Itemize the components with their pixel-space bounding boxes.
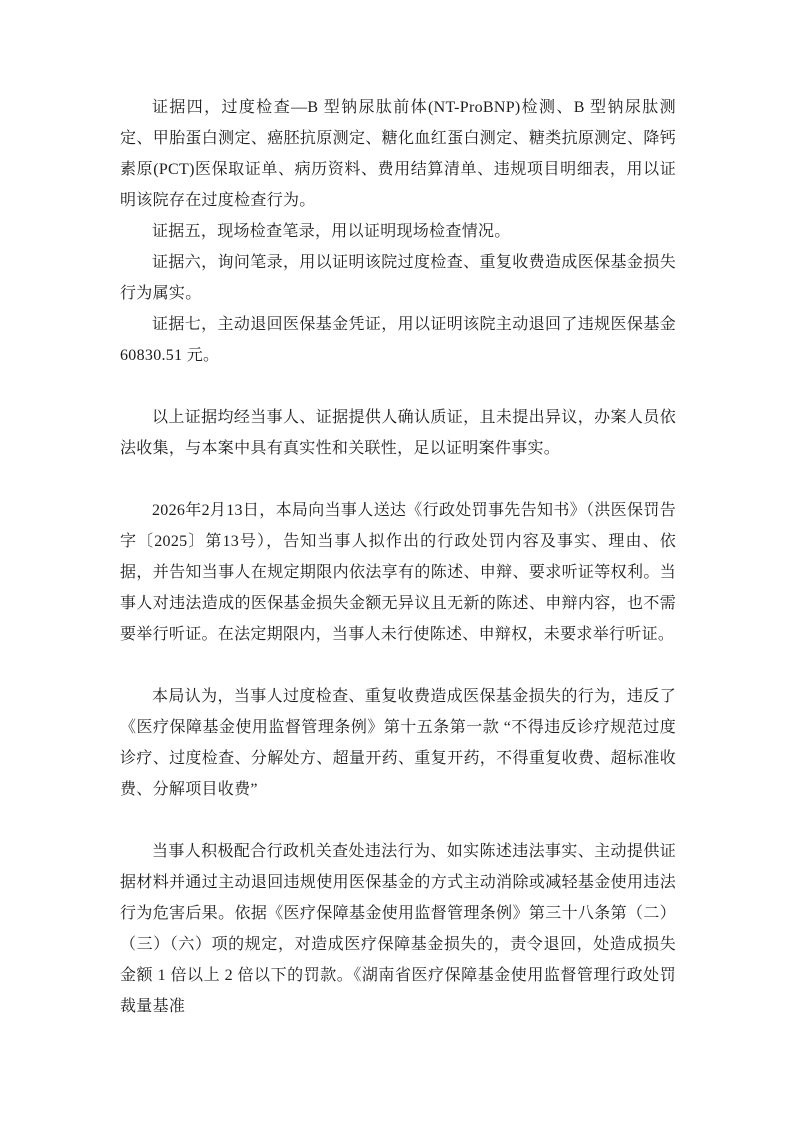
paragraph-evidence-7: 证据七，主动退回医保基金凭证，用以证明该院主动退回了违规医保基金60830.51… (120, 309, 676, 371)
document-page: 证据四，过度检查—B 型钠尿肽前体(NT-ProBNP)检测、B 型钠尿肽测定、… (0, 0, 793, 1122)
paragraph-evidence-confirmation: 以上证据均经当事人、证据提供人确认质证，且未提出异议，办案人员依法收集，与本案中… (120, 402, 676, 464)
paragraph-prior-notice: 2026年2月13日，本局向当事人送达《行政处罚事先告知书》（洪医保罚告字〔20… (120, 495, 676, 650)
paragraph-bureau-opinion: 本局认为，当事人过度检查、重复收费造成医保基金损失的行为，违反了《医疗保障基金使… (120, 681, 676, 805)
paragraph-evidence-4: 证据四，过度检查—B 型钠尿肽前体(NT-ProBNP)检测、B 型钠尿肽测定、… (120, 92, 676, 216)
paragraph-evidence-5: 证据五，现场检查笔录，用以证明现场检查情况。 (120, 216, 676, 247)
paragraph-penalty-basis: 当事人积极配合行政机关查处违法行为、如实陈述违法事实、主动提供证据材料并通过主动… (120, 836, 676, 1022)
document-body: 证据四，过度检查—B 型钠尿肽前体(NT-ProBNP)检测、B 型钠尿肽测定、… (120, 92, 676, 1022)
paragraph-evidence-6: 证据六，询问笔录，用以证明该院过度检查、重复收费造成医保基金损失行为属实。 (120, 247, 676, 309)
